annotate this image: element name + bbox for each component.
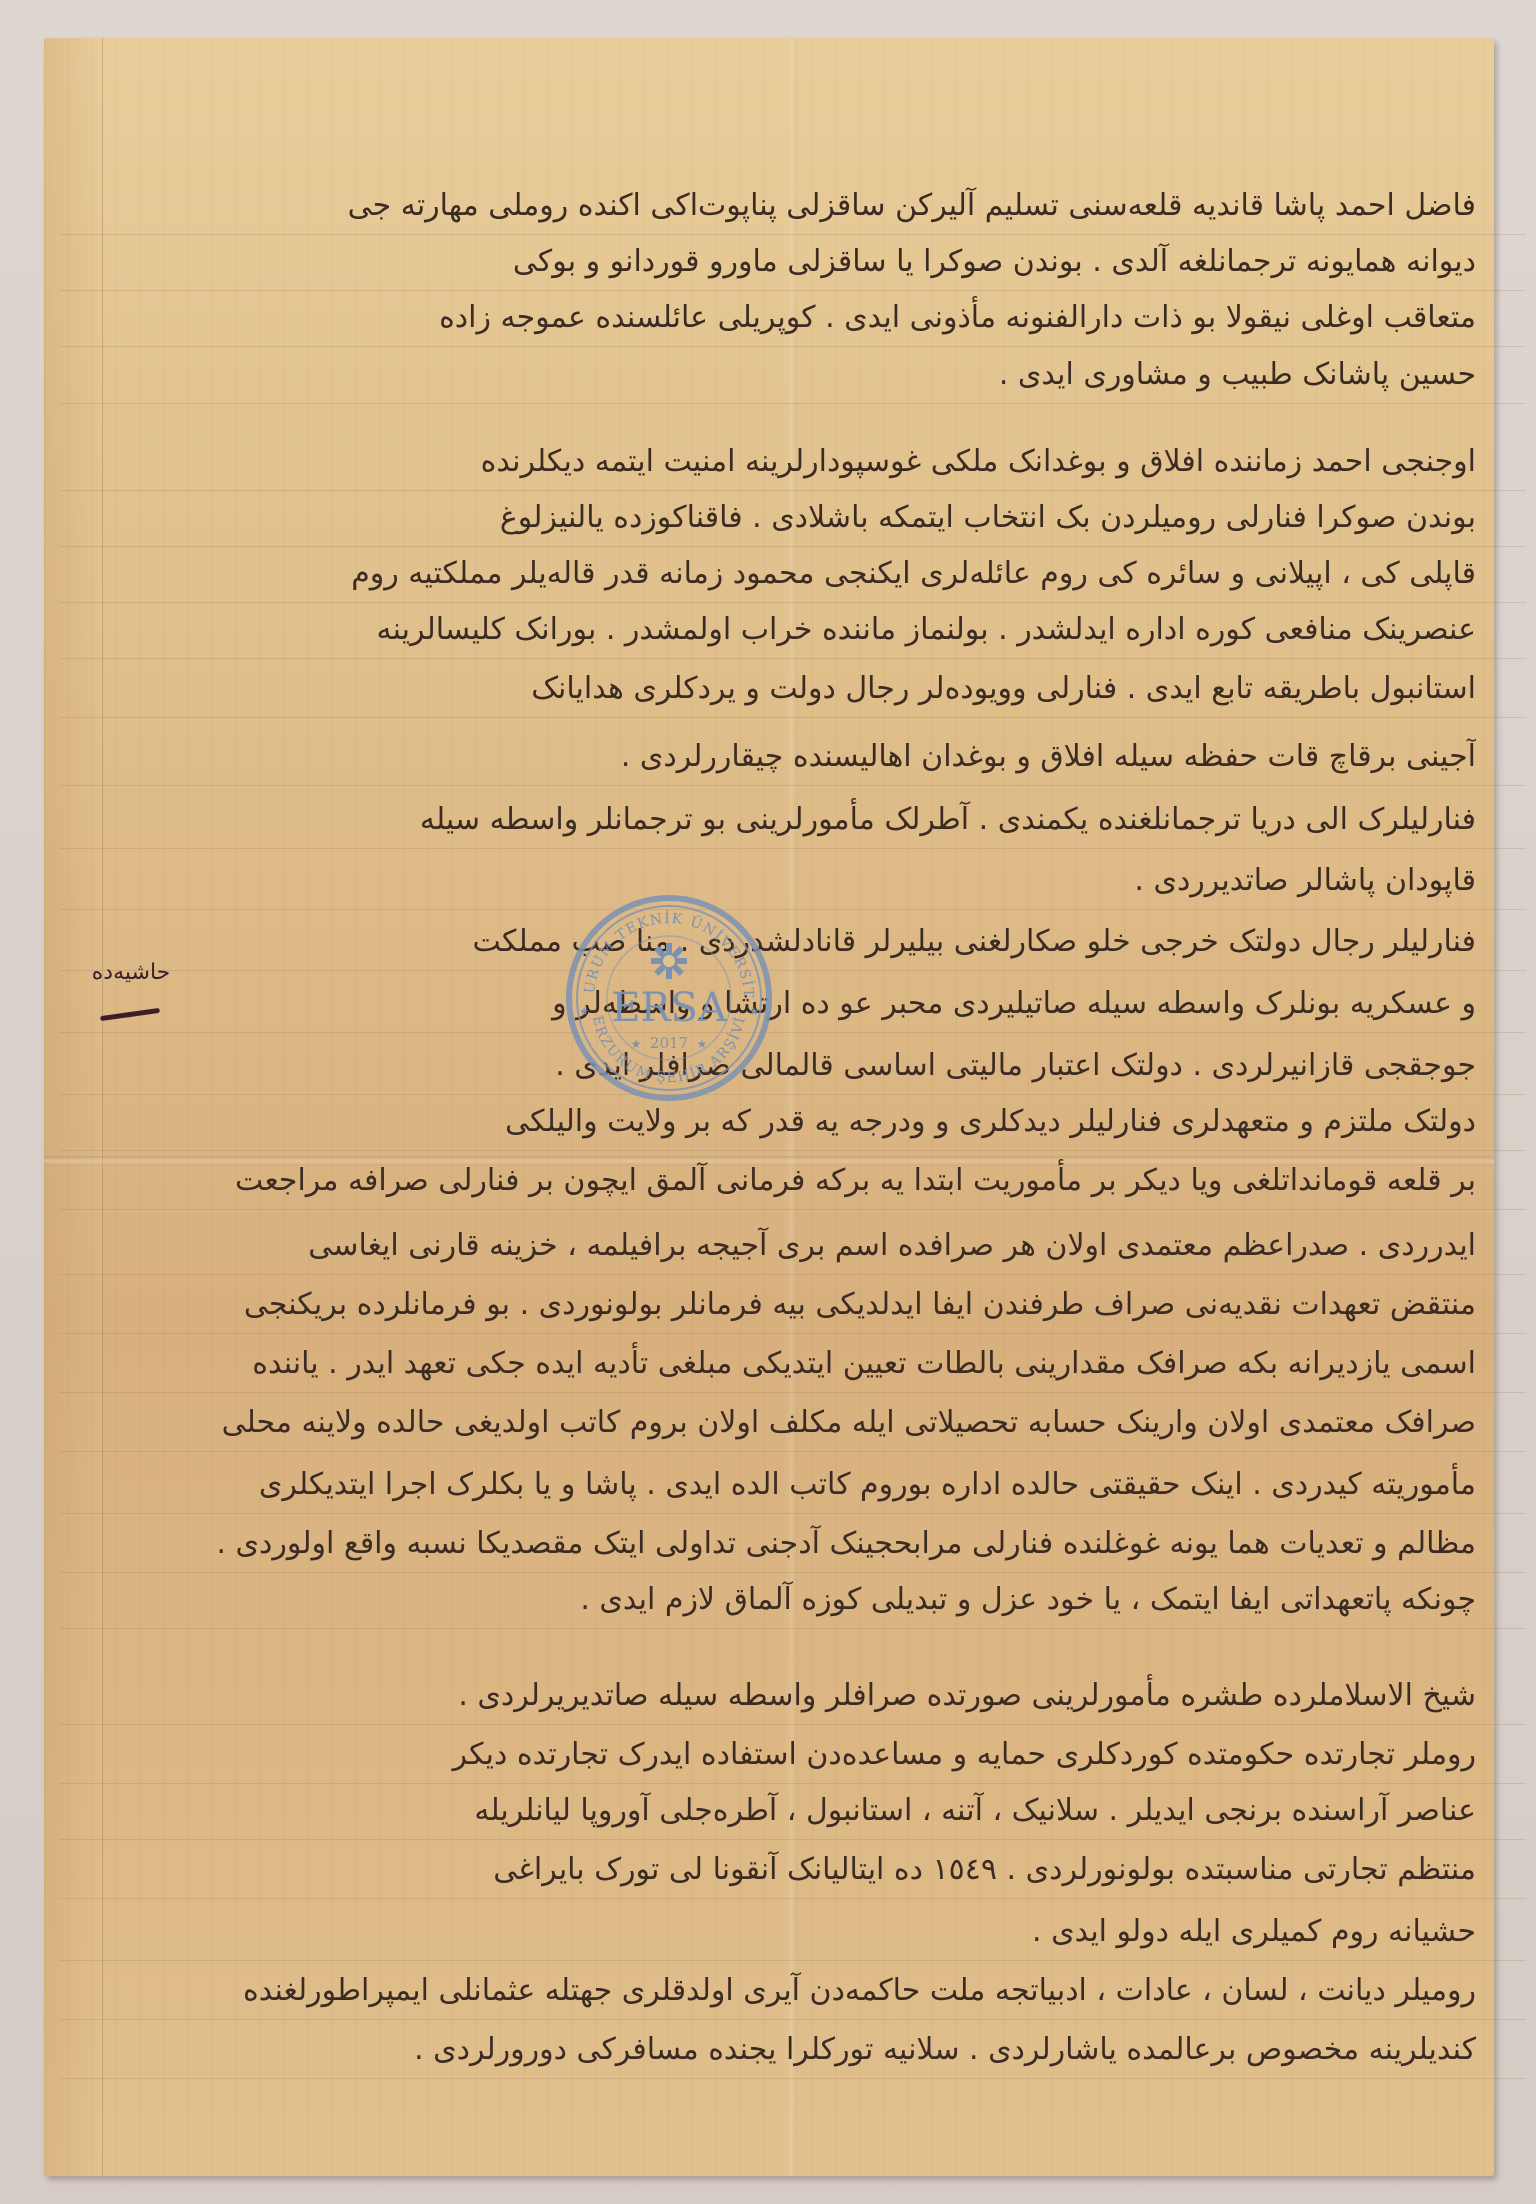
ruled-line [60,1451,1526,1452]
ruled-line [60,602,1526,603]
manuscript-line: قاپودان پاشالر صاتدیرردی . [246,859,1476,903]
ruled-line [60,1898,1526,1899]
manuscript-line: دولتک ملتزم و متعهدلری فنارلیلر دیدکلری … [105,1100,1476,1144]
manuscript-line: منتظم تجارتی مناسبتده بولونورلردی . ١٥٤٩… [105,1848,1476,1892]
folded-edge-strip [44,38,103,2176]
svg-text:★: ★ [697,1037,708,1051]
ruled-line [60,1094,1526,1095]
ruled-line [60,1209,1526,1210]
manuscript-line: استانبول باطریقه تابع ایدی . فنارلی وویو… [105,667,1476,711]
manuscript-line: رومیلر دیانت ، لسان ، عادات ، ادبیاتجه م… [105,1969,1476,2013]
manuscript-line: آجینی برقاچ قات حفظه سیله افلاق و بوغدان… [302,735,1476,779]
manuscript-line: قاپلی کی ، اپیلانی و سائره کی روم عائله‌… [105,552,1476,596]
manuscript-line: و عسکریه بونلرک واسطه سیله صاتیلیردی محب… [105,982,1476,1026]
ruled-line [60,717,1526,718]
manuscript-line: شیخ الاسلاملرده طشره مأمورلرینی صورتده ص… [105,1674,1476,1718]
ruled-line [60,1724,1526,1725]
ruled-line [60,1513,1526,1514]
manuscript-line: عنصرینک منافعی کوره اداره ایدلشدر . بولن… [105,608,1476,652]
manuscript-line: صرافک معتمدی اولان وارینک حسابه تحصیلاتی… [105,1401,1476,1445]
ruled-line [60,1032,1526,1033]
svg-text:★: ★ [579,1005,589,1018]
manuscript-line: اسمی یازدیرانه بکه صرافک مقدارینی بالطات… [105,1342,1476,1386]
manuscript-line: کندیلرینه مخصوص برعالمده یاشارلردی . سلا… [162,2028,1476,2072]
ruled-line [60,1333,1526,1334]
manuscript-line: متعاقب اوغلی نیقولا بو ذات دارالفنونه مأ… [105,296,1476,340]
manuscript-line: اوجنجی احمد زماننده افلاق و بوغدانک ملکی… [105,440,1476,484]
manuscript-line: چونکه پاتعهداتی ایفا ایتمک ، یا خود عزل … [443,1578,1476,1622]
ruled-line [60,2078,1526,2079]
manuscript-line: مظالم و تعدیات هما یونه غوغلنده فنارلی م… [105,1522,1476,1566]
manuscript-line: حشیانه روم کمیلری ایله دولو ایدی . [569,1910,1476,1954]
ruled-line [60,1839,1526,1840]
ruled-line [60,1783,1526,1784]
ruled-line [60,346,1526,347]
manuscript-line: دیوانه همایونه ترجمانلغه آلدی . بوندن صو… [105,240,1476,284]
ruled-line [60,1960,1526,1961]
ruled-line [60,1150,1526,1151]
svg-text:ERSA: ERSA [611,985,728,1031]
stamp-seal-icon: ERZURUM TEKNİK ÜNİVERSİTESİ ERZURUM ŞEHİ… [564,893,774,1103]
manuscript-line: فنارلیلر رجال دولتک خرجی خلو صکارلغنی بی… [105,920,1476,964]
ruled-line [60,909,1526,910]
ruled-line [60,785,1526,786]
manuscript-line: جوجقجی قازانیرلردی . دولتک اعتبار مالیتی… [105,1044,1476,1088]
ruled-line [60,970,1526,971]
svg-text:★: ★ [631,1037,642,1051]
svg-text:2017: 2017 [650,1034,688,1052]
manuscript-line: ایدرردی . صدراعظم معتمدی اولان هر صرافده… [105,1224,1476,1268]
manuscript-line: فنارلیلرک الی دریا ترجمانلغنده یکمندی . … [105,798,1476,842]
svg-text:★: ★ [749,1005,759,1018]
ruled-line [60,490,1526,491]
manuscript-line: فاضل احمد پاشا قاندیه قلعه‌سنی تسلیم آلی… [330,184,1476,228]
ruled-line [60,658,1526,659]
ruled-line [60,2019,1526,2020]
ruled-line [60,1392,1526,1393]
ruled-line [60,1274,1526,1275]
manuscript-line: منتقض تعهدات نقدیه‌نی صراف طرفندن ایفا ا… [105,1283,1476,1327]
ruled-line [60,234,1526,235]
manuscript-line: عناصر آراسنده برنجی ایدیلر . سلانیک ، آت… [105,1789,1476,1833]
manuscript-line: بوندن صوکرا فنارلی رومیلردن بک انتخاب ای… [105,496,1476,540]
ruled-line [60,848,1526,849]
ruled-line [60,403,1526,404]
archive-stamp: ERZURUM TEKNİK ÜNİVERSİTESİ ERZURUM ŞEHİ… [564,893,774,1103]
manuscript-line: بر قلعه قومانداتلغی ویا دیکر بر مأموریت … [105,1159,1476,1203]
manuscript-line: حسین پاشانک طبیب و مشاوری ایدی . [443,353,1476,397]
manuscript-line: مأموریته کیدردی . اینک حقیقتی حالده ادار… [105,1463,1476,1507]
manuscript-line: روملر تجارتده حکومتده کوردکلری حمایه و م… [105,1733,1476,1777]
ruled-line [60,1628,1526,1629]
ruled-line [60,546,1526,547]
ruled-line [60,290,1526,291]
ruled-line [60,1572,1526,1573]
